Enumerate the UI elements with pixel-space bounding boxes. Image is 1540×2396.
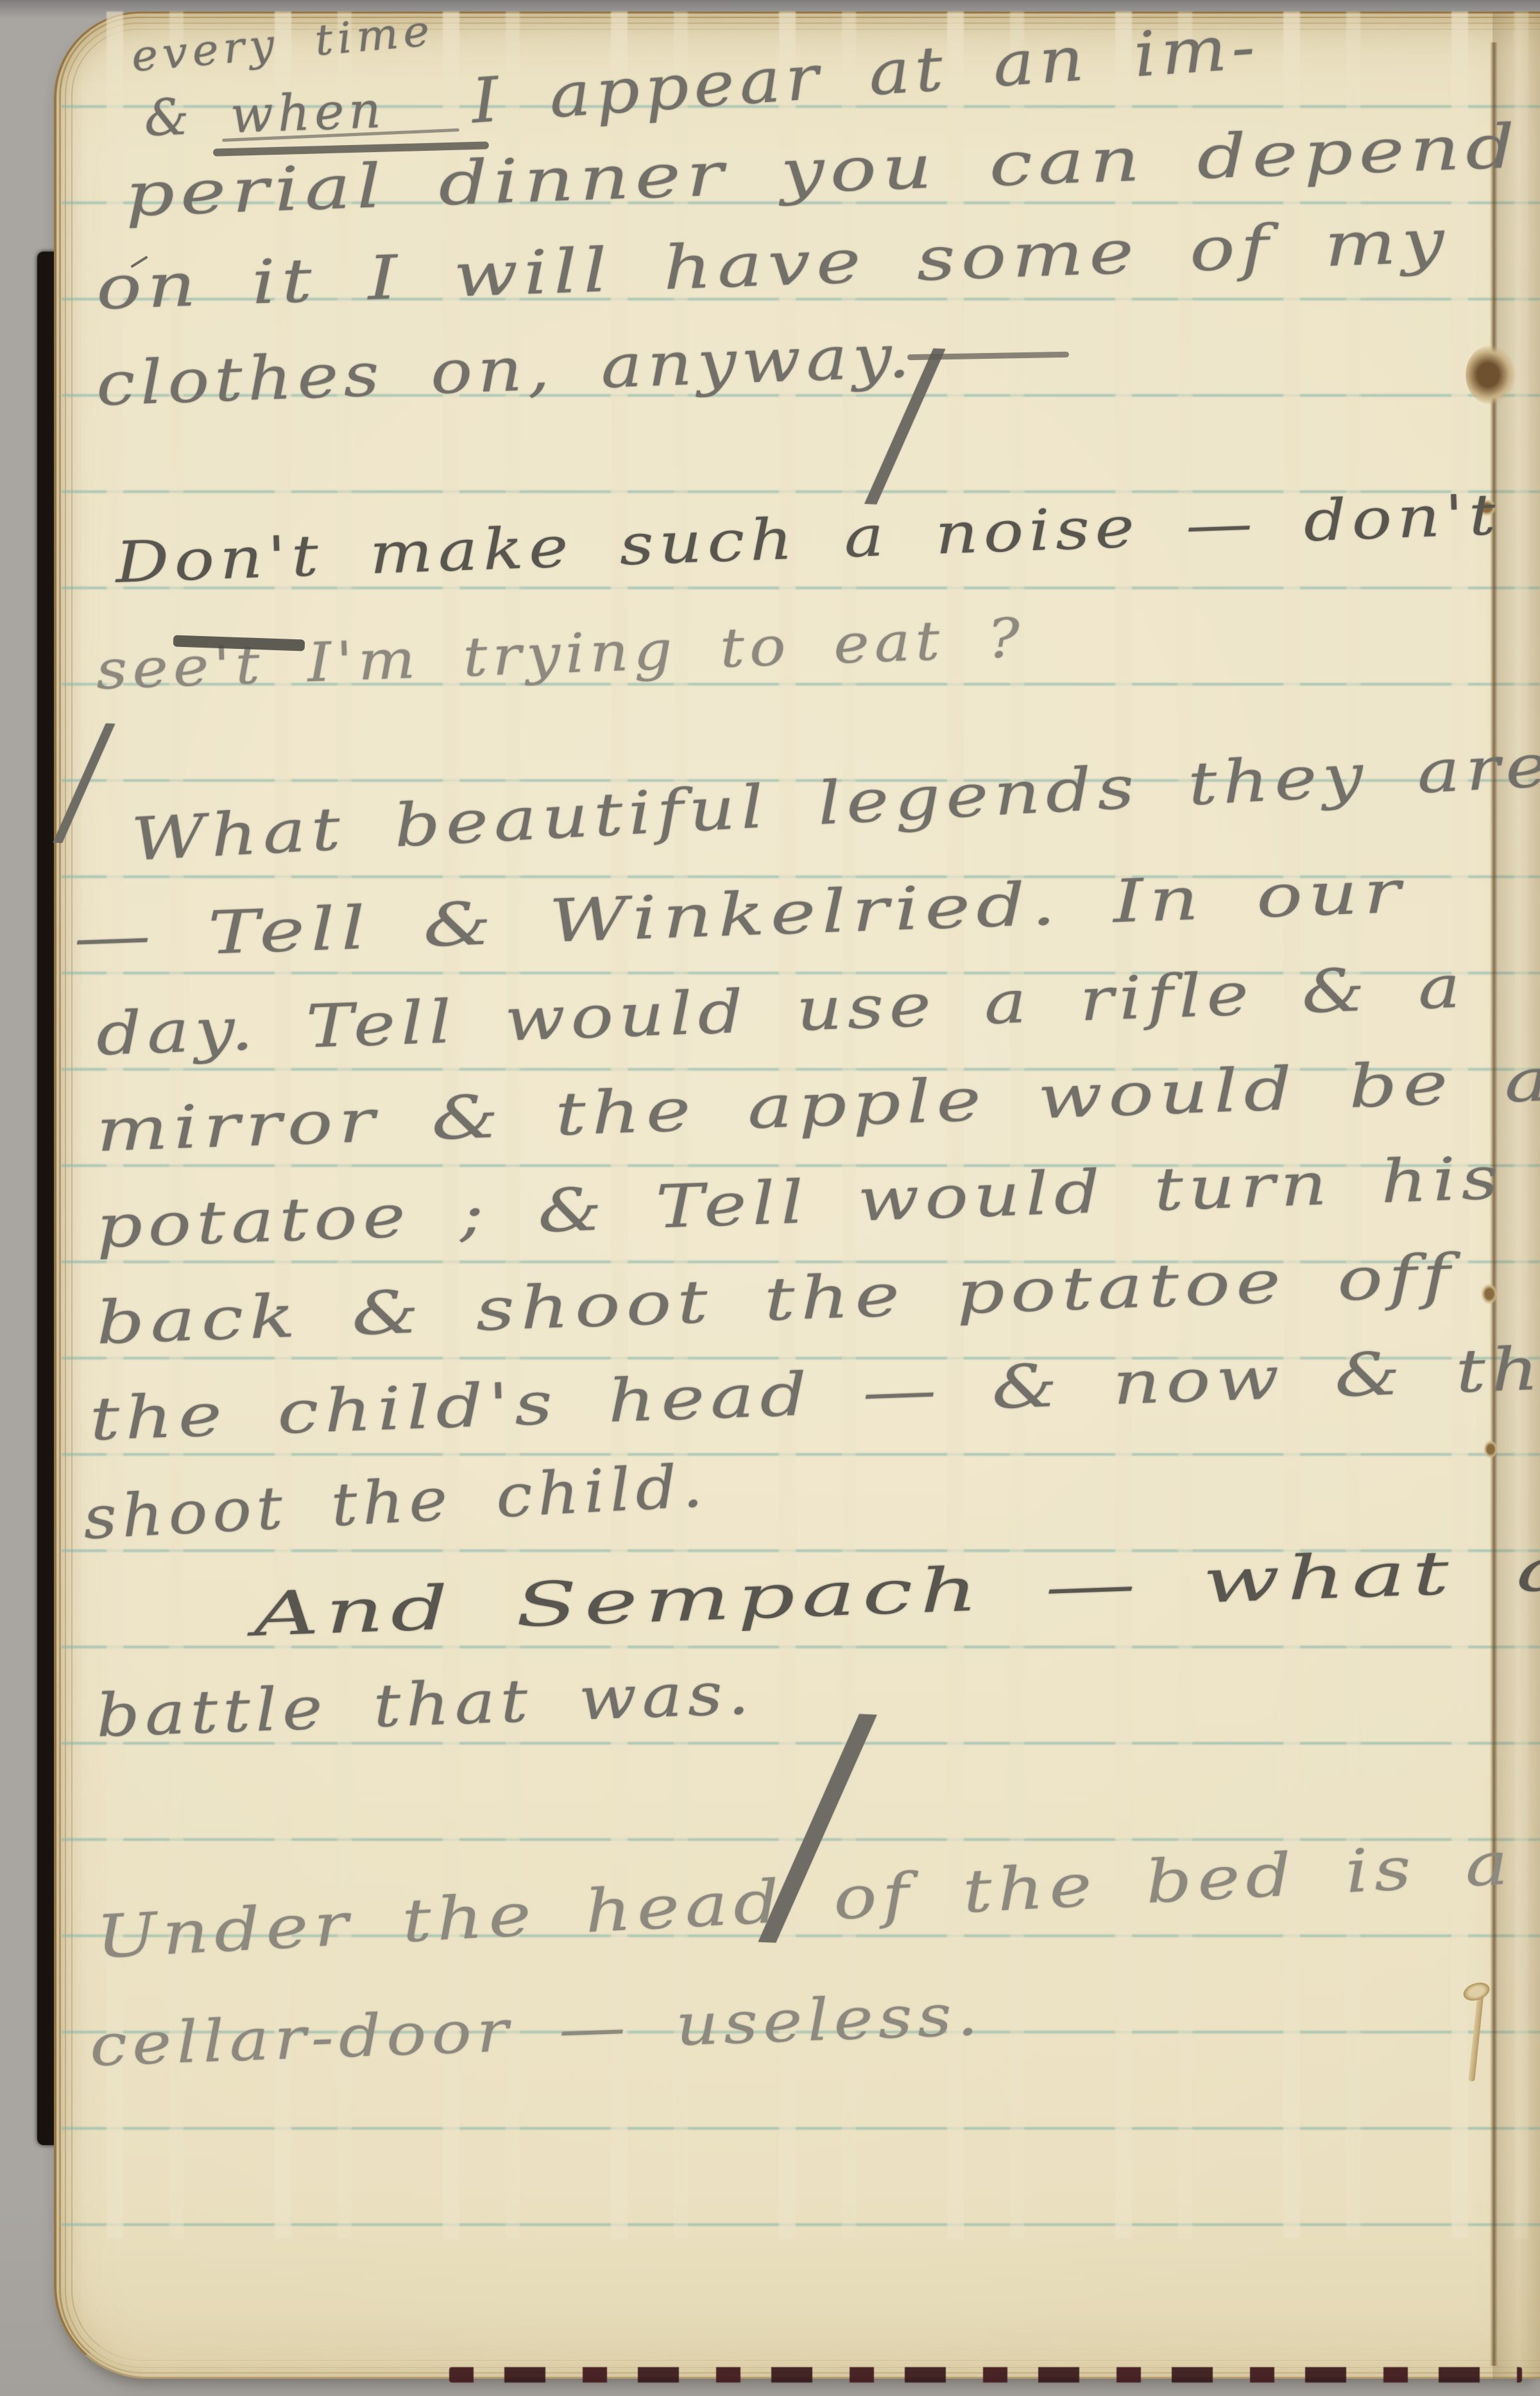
handwriting-line: I appear at an im- (469, 10, 1262, 137)
handwriting-line: battle that was. (95, 1659, 755, 1750)
handwriting-line: mirror & the apple would be a (95, 1046, 1540, 1165)
divider-slash: / (876, 308, 934, 534)
handwriting-line: shoot the child. (81, 1451, 709, 1553)
handwriting-line: Don't make such a noise — don't you (114, 475, 1540, 596)
divider-slash: / (775, 1655, 860, 1987)
handwriting-line: cellar-door — useless. (89, 1981, 984, 2080)
handwriting-line: every time (130, 6, 436, 82)
handwriting-line: — Tell & Winkelried. In our (73, 858, 1407, 972)
handwriting-line: see't I'm trying to eat ? (95, 606, 1026, 701)
divider-slash: / (62, 693, 106, 866)
paper-hole (1481, 1284, 1498, 1304)
paper-hole (1466, 345, 1516, 404)
notebook-page: every time & when I appear at an im- per… (54, 12, 1540, 2379)
struck-word: & when (143, 82, 386, 148)
handwriting-line: What beautiful legends they are (130, 731, 1540, 874)
scanned-notebook-page: every time & when I appear at an im- per… (0, 0, 1540, 2396)
handwriting-line: And Sempach — what a (252, 1534, 1540, 1650)
paper-hole (1484, 1440, 1498, 1458)
handwriting-line: clothes on, anyway. (95, 321, 916, 419)
binding-thread (1461, 1979, 1492, 2004)
handwriting-line: potatoe ; & Tell would turn his (95, 1143, 1505, 1261)
binding-thread (1468, 1985, 1485, 2081)
handwriting-line: back & shoot the potatoe off (95, 1241, 1457, 1357)
handwriting-line: day. Tell would use a rifle & a (95, 952, 1467, 1069)
